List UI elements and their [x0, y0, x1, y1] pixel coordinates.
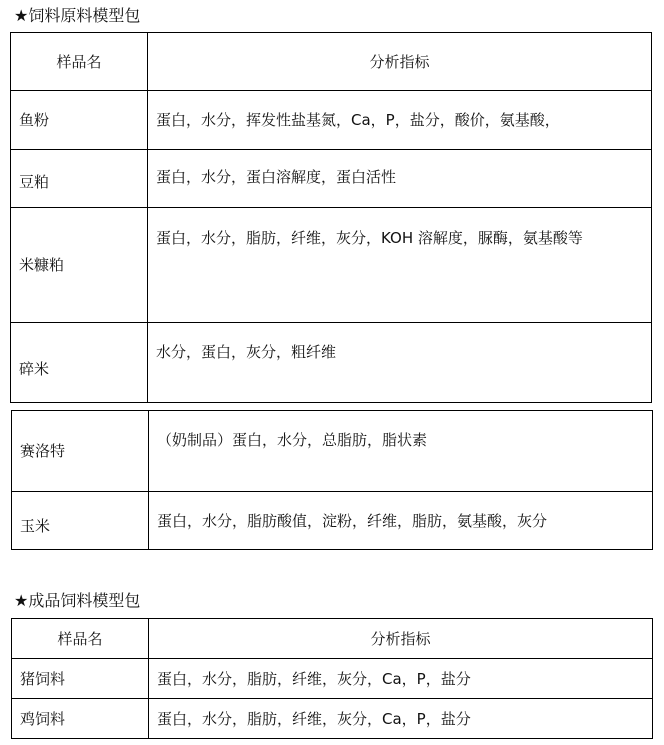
table-row: 鸡饲料 蛋白，水分，脂肪，纤维，灰分，Ca，P，盐分 — [12, 699, 653, 739]
row-indicators: 水分，蛋白，灰分，粗纤维 — [148, 323, 652, 403]
finished-feed-table: 样品名 分析指标 猪饲料 蛋白，水分，脂肪，纤维，灰分，Ca，P，盐分 鸡饲料 … — [11, 618, 653, 739]
row-indicators: 蛋白，水分，蛋白溶解度，蛋白活性 — [148, 150, 652, 208]
row-indicators: 蛋白，水分，脂肪酸值，淀粉，纤维，脂肪，氨基酸，灰分 — [149, 492, 653, 550]
raw-materials-table-part1: 样品名 分析指标 鱼粉 蛋白，水分，挥发性盐基氮，Ca，P，盐分，酸价，氨基酸，… — [10, 32, 652, 403]
header-indicators: 分析指标 — [149, 619, 653, 659]
row-indicators: 蛋白，水分，脂肪，纤维，灰分，KOH 溶解度，脲酶，氨基酸等 — [148, 208, 652, 323]
raw-materials-table-part2: 赛洛特 （奶制品）蛋白，水分，总脂肪，脂状素 玉米 蛋白，水分，脂肪酸值，淀粉，… — [11, 410, 653, 550]
row-sample-name: 碎米 — [11, 323, 148, 403]
row-sample-name: 鱼粉 — [11, 91, 148, 150]
row-sample-name: 鸡饲料 — [12, 699, 149, 739]
section-title-finished-feed: ★成品饲料模型包 — [14, 590, 140, 612]
header-sample-name: 样品名 — [11, 33, 148, 91]
row-sample-name: 米糠粕 — [11, 208, 148, 323]
table-row: 玉米 蛋白，水分，脂肪酸值，淀粉，纤维，脂肪，氨基酸，灰分 — [12, 492, 653, 550]
row-sample-name: 玉米 — [12, 492, 149, 550]
header-sample-name: 样品名 — [12, 619, 149, 659]
row-indicators: 蛋白，水分，脂肪，纤维，灰分，Ca，P，盐分 — [149, 699, 653, 739]
table-header-row: 样品名 分析指标 — [11, 33, 652, 91]
table-row: 豆粕 蛋白，水分，蛋白溶解度，蛋白活性 — [11, 150, 652, 208]
table-row: 猪饲料 蛋白，水分，脂肪，纤维，灰分，Ca，P，盐分 — [12, 659, 653, 699]
row-indicators: 蛋白，水分，脂肪，纤维，灰分，Ca，P，盐分 — [149, 659, 653, 699]
row-indicators: （奶制品）蛋白，水分，总脂肪，脂状素 — [149, 411, 653, 492]
table-header-row: 样品名 分析指标 — [12, 619, 653, 659]
table-row: 赛洛特 （奶制品）蛋白，水分，总脂肪，脂状素 — [12, 411, 653, 492]
row-sample-name: 豆粕 — [11, 150, 148, 208]
table-row: 鱼粉 蛋白，水分，挥发性盐基氮，Ca，P，盐分，酸价，氨基酸， — [11, 91, 652, 150]
row-sample-name: 猪饲料 — [12, 659, 149, 699]
row-sample-name: 赛洛特 — [12, 411, 149, 492]
section-title-raw-materials: ★饲料原料模型包 — [14, 5, 140, 27]
header-indicators: 分析指标 — [148, 33, 652, 91]
row-indicators: 蛋白，水分，挥发性盐基氮，Ca，P，盐分，酸价，氨基酸， — [148, 91, 652, 150]
table-row: 米糠粕 蛋白，水分，脂肪，纤维，灰分，KOH 溶解度，脲酶，氨基酸等 — [11, 208, 652, 323]
table-row: 碎米 水分，蛋白，灰分，粗纤维 — [11, 323, 652, 403]
